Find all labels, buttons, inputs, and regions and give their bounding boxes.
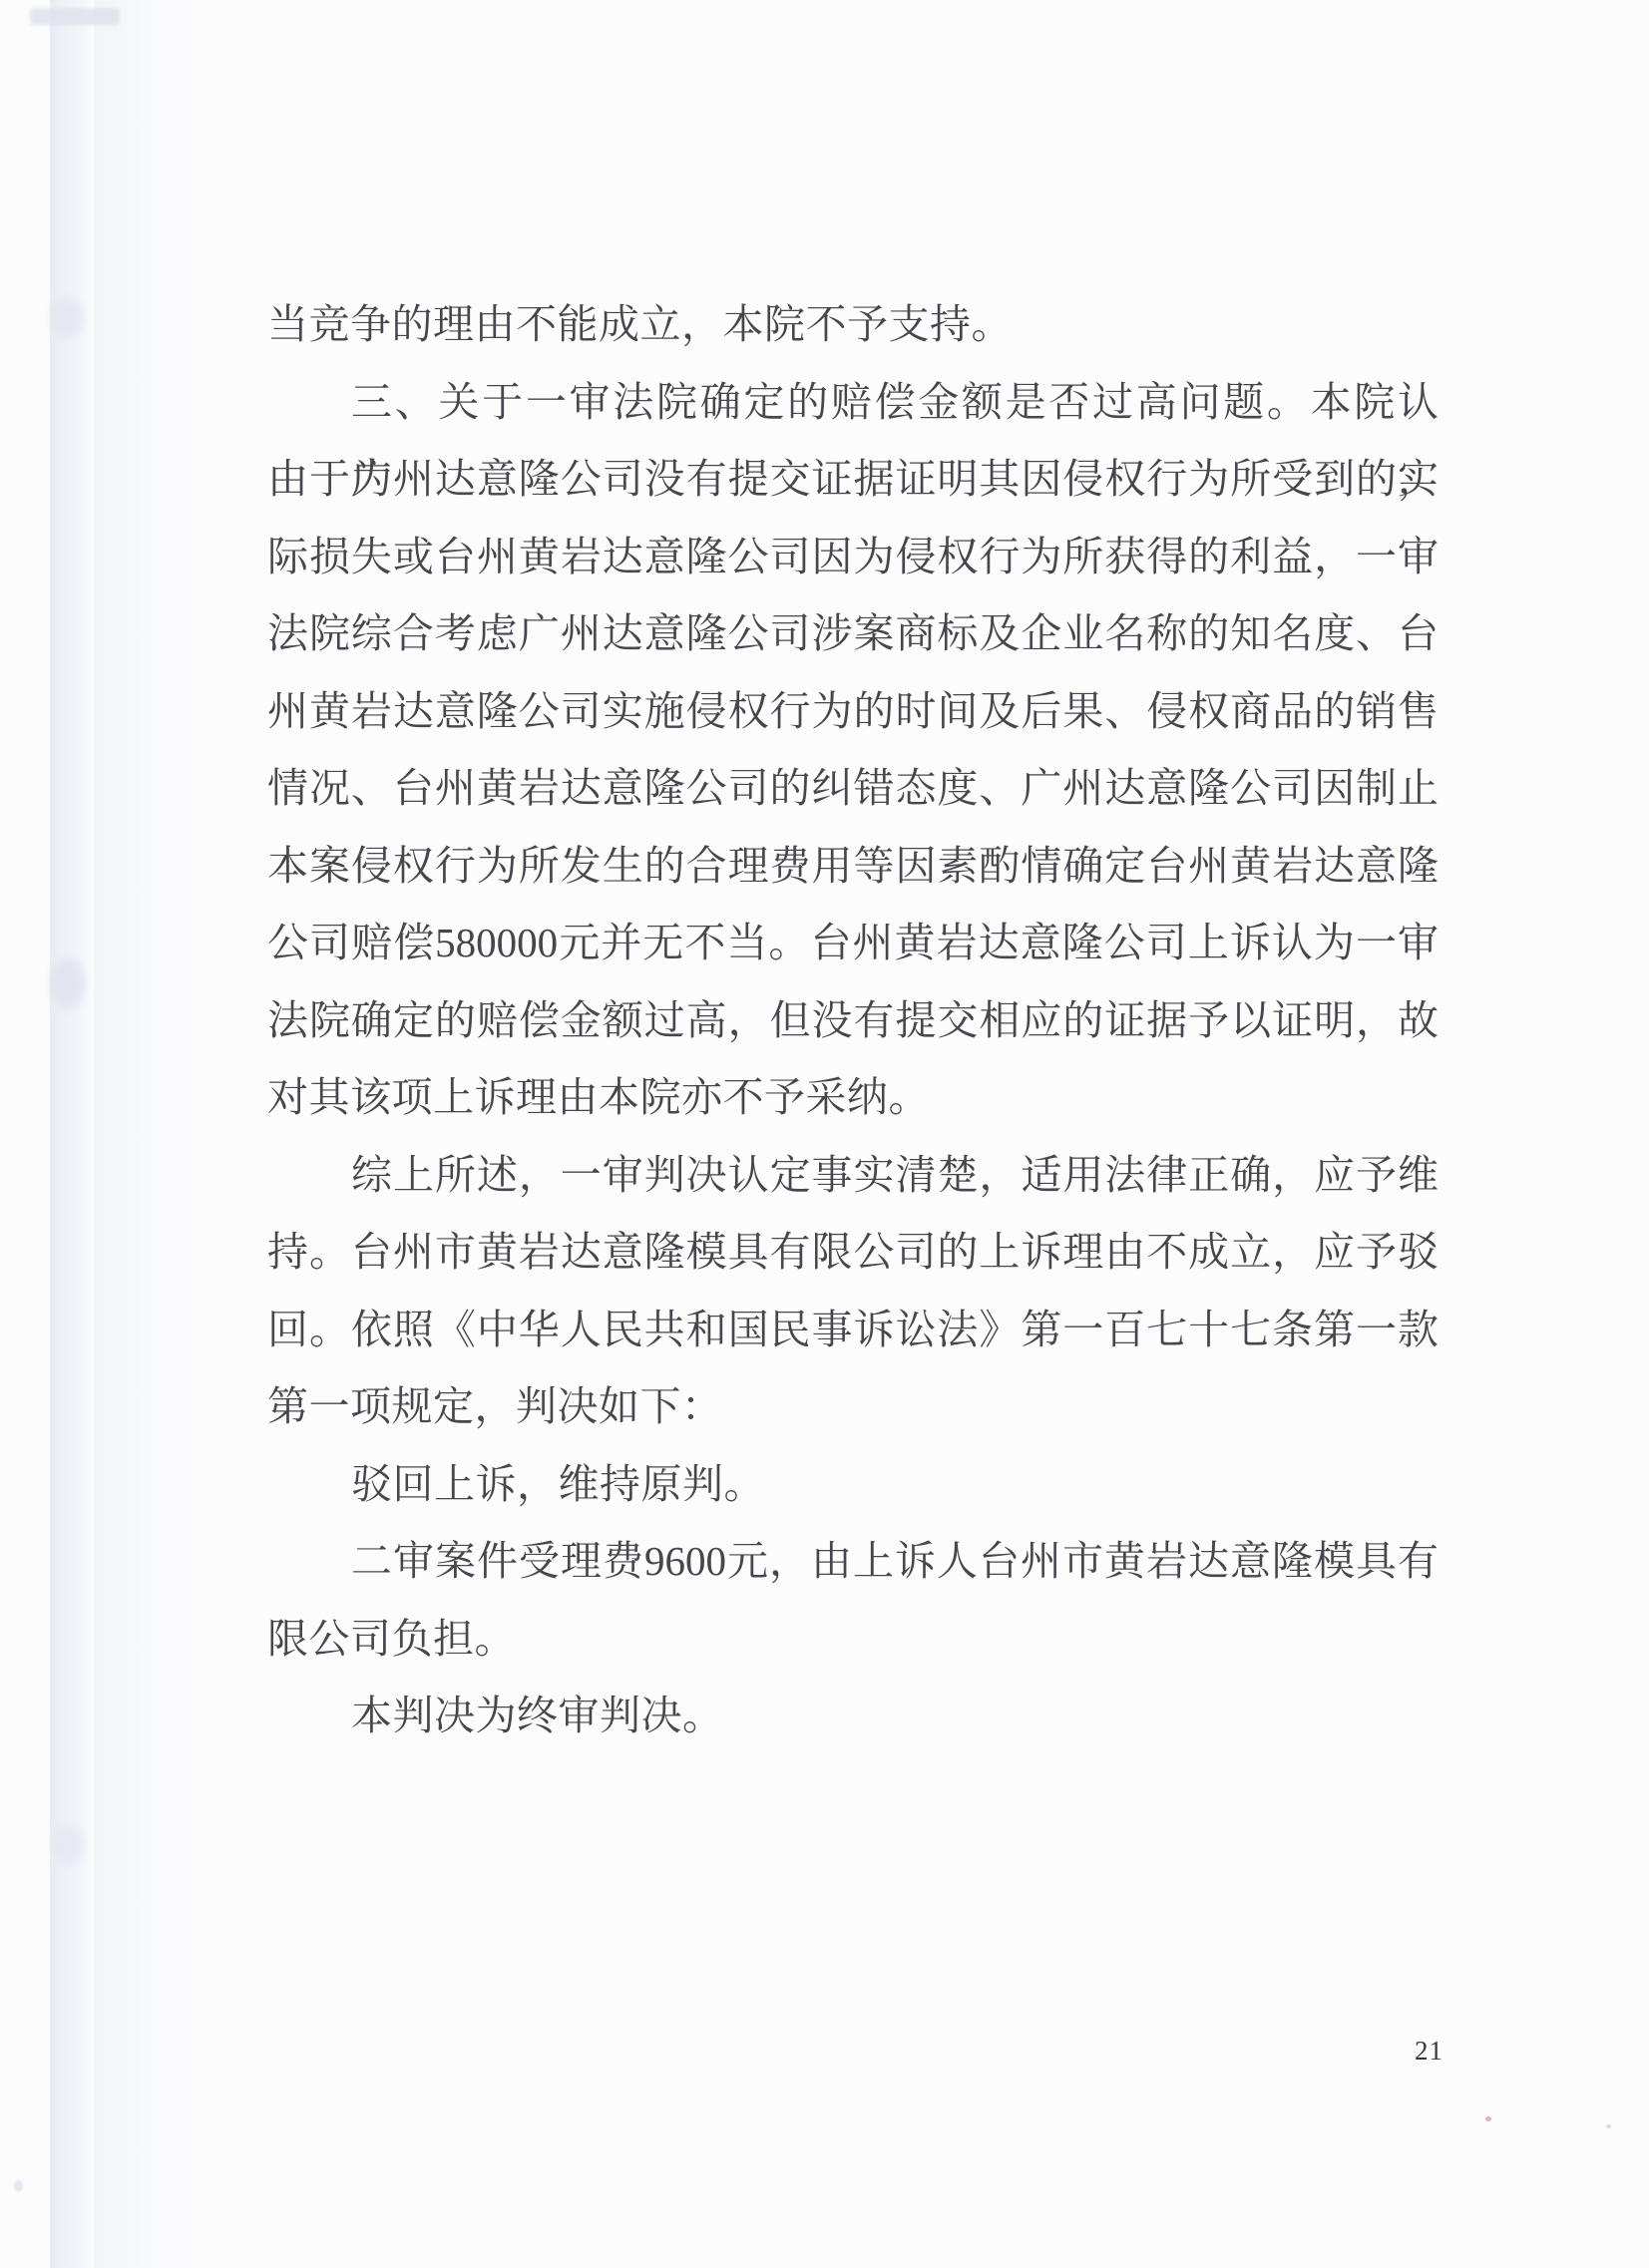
text-line: 情况、台州黄岩达意隆公司的纠错态度、广州达意隆公司因制止 (267, 750, 1439, 828)
scan-edge-band-artifact (50, 0, 94, 2268)
ink-speck (1485, 2116, 1491, 2121)
text-line: 际损失或台州黄岩达意隆公司因为侵权行为所获得的利益，一审 (267, 519, 1439, 596)
text-line: 法院综合考虑广州达意隆公司涉案商标及企业名称的知名度、台 (267, 595, 1439, 673)
page-number: 21 (1415, 2036, 1443, 2067)
text-line: 回。依照《中华人民共和国民事诉讼法》第一百七十七条第一款 (267, 1292, 1439, 1369)
scan-smudge-artifact (50, 957, 86, 1009)
text-line: 由于广州达意隆公司没有提交证据证明其因侵权行为所受到的实 (267, 441, 1439, 519)
scan-edge-haze-artifact (94, 0, 206, 2268)
text-line: 州黄岩达意隆公司实施侵权行为的时间及后果、侵权商品的销售 (267, 673, 1439, 751)
text-line: 二审案件受理费9600元，由上诉人台州市黄岩达意隆模具有 (267, 1523, 1439, 1601)
ink-speck (14, 2180, 23, 2191)
scan-smudge-artifact (50, 297, 84, 339)
text-line: 第一项规定，判决如下： (267, 1368, 1439, 1446)
text-line: 当竞争的理由不能成立，本院不予支持。 (267, 286, 1439, 364)
scan-smudge-artifact (53, 1825, 85, 1865)
text-line: 对其该项上诉理由本院亦不予采纳。 (267, 1059, 1439, 1137)
scanned-judgment-page: 当竞争的理由不能成立，本院不予支持。三、关于一审法院确定的赔偿金额是否过高问题。… (0, 0, 1649, 2268)
text-line: 本案侵权行为所发生的合理费用等因素酌情确定台州黄岩达意隆 (267, 828, 1439, 906)
judgment-text-block: 当竞争的理由不能成立，本院不予支持。三、关于一审法院确定的赔偿金额是否过高问题。… (267, 286, 1439, 1755)
text-line: 限公司负担。 (267, 1601, 1439, 1679)
text-line: 三、关于一审法院确定的赔偿金额是否过高问题。本院认为， (267, 364, 1439, 442)
text-line: 法院确定的赔偿金额过高，但没有提交相应的证据予以证明，故 (267, 982, 1439, 1060)
text-line: 本判决为终审判决。 (267, 1678, 1439, 1755)
ink-speck (1606, 2124, 1611, 2128)
text-line: 驳回上诉，维持原判。 (267, 1446, 1439, 1524)
text-line: 持。台州市黄岩达意隆模具有限公司的上诉理由不成立，应予驳 (267, 1214, 1439, 1292)
text-line: 综上所述，一审判决认定事实清楚，适用法律正确，应予维 (267, 1137, 1439, 1215)
text-line: 公司赔偿580000元并无不当。台州黄岩达意隆公司上诉认为一审 (267, 905, 1439, 982)
scan-corner-smudge-artifact (30, 8, 120, 25)
